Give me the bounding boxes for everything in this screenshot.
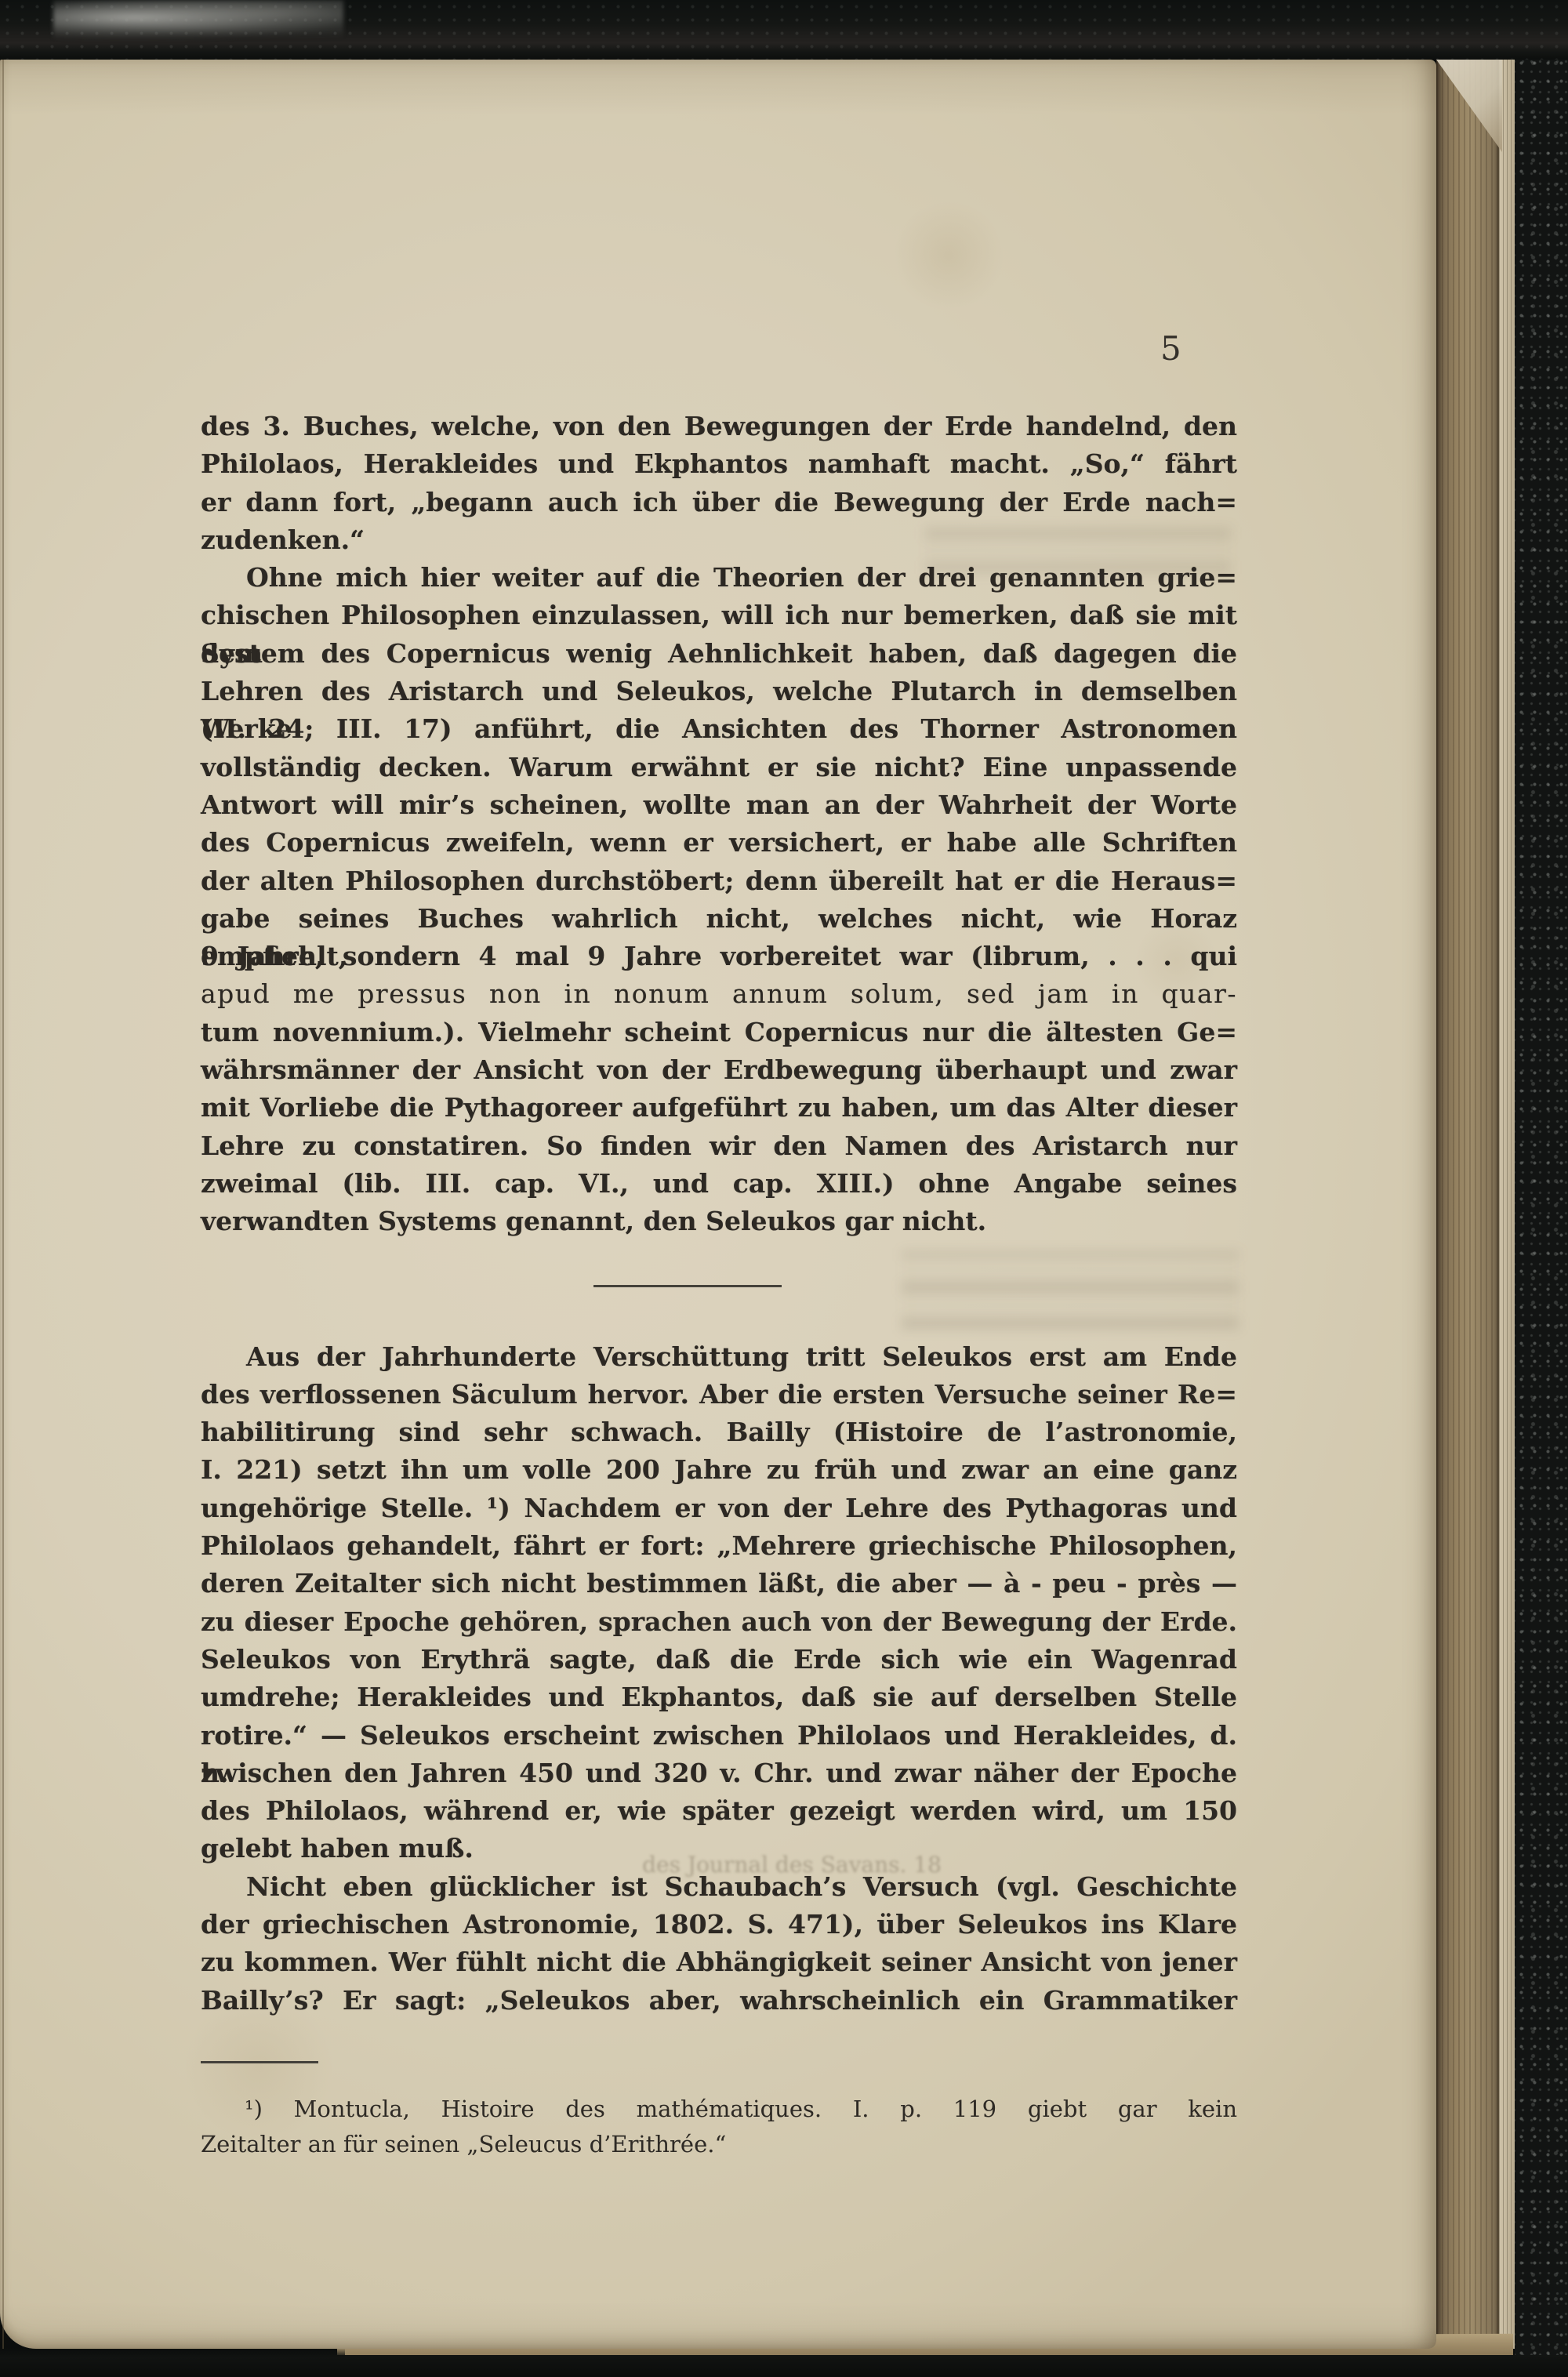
page-number: 5 (1160, 329, 1182, 368)
text-line: des 3. Buches, welche, von den Bewegunge… (201, 408, 1237, 445)
text-line: zu kommen. Wer fühlt nicht die Abhängigk… (201, 1943, 1237, 1981)
text-line: der griechischen Astronomie, 1802. S. 47… (201, 1906, 1237, 1943)
text-line: Philolaos gehandelt, fährt er fort: „Meh… (201, 1527, 1237, 1565)
paragraph: Ohne mich hier weiter auf die Theorien d… (201, 559, 1237, 1240)
text-line: Lehren des Aristarch und Seleukos, welch… (201, 673, 1237, 710)
text-line: Seleukos von Erythrä sagte, daß die Erde… (201, 1641, 1237, 1678)
text-line: zu dieser Epoche gehören, sprachen auch … (201, 1603, 1237, 1641)
book-cover-right-edge (1515, 0, 1568, 2377)
text-line: des verflossenen Säculum hervor. Aber di… (201, 1376, 1237, 1413)
paragraph: Aus der Jahrhunderte Verschüttung tritt … (201, 1338, 1237, 1868)
text-line: Ohne mich hier weiter auf die Theorien d… (201, 559, 1237, 597)
text-line: zweimal (lib. III. cap. VI., und cap. XI… (201, 1165, 1237, 1203)
text-line: währsmänner der Ansicht von der Erdbeweg… (201, 1051, 1237, 1089)
text-line: (II. 24; III. 17) anführt, die Ansichten… (201, 710, 1237, 748)
text-line: ungehörige Stelle. ¹) Nachdem er von der… (201, 1490, 1237, 1527)
body-paragraphs: des 3. Buches, welche, von den Bewegunge… (201, 408, 1237, 2020)
text-line: vollständig decken. Warum erwähnt er sie… (201, 749, 1237, 786)
text-line: gelebt haben muß. (201, 1830, 1237, 1867)
text-line: rotire.“ — Seleukos erscheint zwischen P… (201, 1717, 1237, 1755)
book-cover-bottom-edge (0, 2355, 1568, 2377)
text-line: gabe seines Buches wahrlich nicht, welch… (201, 900, 1237, 938)
book-cover-top-edge (0, 0, 1568, 60)
text-line: zudenken.“ (201, 521, 1237, 559)
text-line: des Philolaos, während er, wie später ge… (201, 1792, 1237, 1830)
text-line: Antwort will mir’s scheinen, wollte man … (201, 786, 1237, 824)
scanned-page: des Journal des Savans. 18 5 des 3. Buch… (0, 60, 1436, 2349)
text-line: apud me pressus non in nonum annum solum… (201, 975, 1237, 1013)
text-line: Lehre zu constatiren. So finden wir den … (201, 1127, 1237, 1165)
footnote: ¹) Montucla, Histoire des mathématiques.… (201, 2092, 1237, 2162)
text-line: ¹) Montucla, Histoire des mathématiques.… (201, 2092, 1237, 2127)
paragraph: des 3. Buches, welche, von den Bewegunge… (201, 408, 1237, 559)
page-text-block: des 3. Buches, welche, von den Bewegunge… (201, 408, 1237, 2162)
text-line: zwischen den Jahren 450 und 320 v. Chr. … (201, 1755, 1237, 1792)
text-line: chischen Philosophen einzulassen, will i… (201, 597, 1237, 634)
text-line: I. 221) setzt ihn um volle 200 Jahre zu … (201, 1451, 1237, 1489)
text-line: mit Vorliebe die Pythagoreer aufgeführt … (201, 1089, 1237, 1127)
text-line: Philolaos, Herakleides und Ekphantos nam… (201, 445, 1237, 483)
text-line: habilitirung sind sehr schwach. Bailly (… (201, 1413, 1237, 1451)
text-line: Bailly’s? Er sagt: „Seleukos aber, wahrs… (201, 1982, 1237, 2020)
text-line: er dann fort, „begann auch ich über die … (201, 484, 1237, 521)
text-line: tum novennium.). Vielmehr scheint Copern… (201, 1014, 1237, 1051)
text-line: Zeitalter an für seinen „Seleucus d’Erit… (201, 2127, 1237, 2162)
text-line: System des Copernicus wenig Aehnlichkeit… (201, 635, 1237, 673)
text-line: der alten Philosophen durchstöbert; denn… (201, 862, 1237, 900)
page-left-crease (2, 60, 4, 2349)
text-line: deren Zeitalter sich nicht bestimmen läß… (201, 1565, 1237, 1602)
text-line: Aus der Jahrhunderte Verschüttung tritt … (201, 1338, 1237, 1376)
section-divider (593, 1285, 782, 1287)
text-line: des Copernicus zweifeln, wenn er versich… (201, 824, 1237, 862)
book-scan-photo: des Journal des Savans. 18 5 des 3. Buch… (0, 0, 1568, 2377)
text-line: verwandten Systems genannt, den Seleukos… (201, 1203, 1237, 1240)
footnote-rule (201, 2061, 318, 2063)
page-block-edge-light (1499, 60, 1515, 2349)
page-block-edge (1436, 60, 1499, 2349)
text-line: umdrehe; Herakleides und Ekphantos, daß … (201, 1678, 1237, 1716)
text-line: Nicht eben glücklicher ist Schaubach’s V… (201, 1868, 1237, 1906)
paragraph: Nicht eben glücklicher ist Schaubach’s V… (201, 1868, 1237, 2020)
text-line: 9 Jahre, sondern 4 mal 9 Jahre vorbereit… (201, 938, 1237, 975)
